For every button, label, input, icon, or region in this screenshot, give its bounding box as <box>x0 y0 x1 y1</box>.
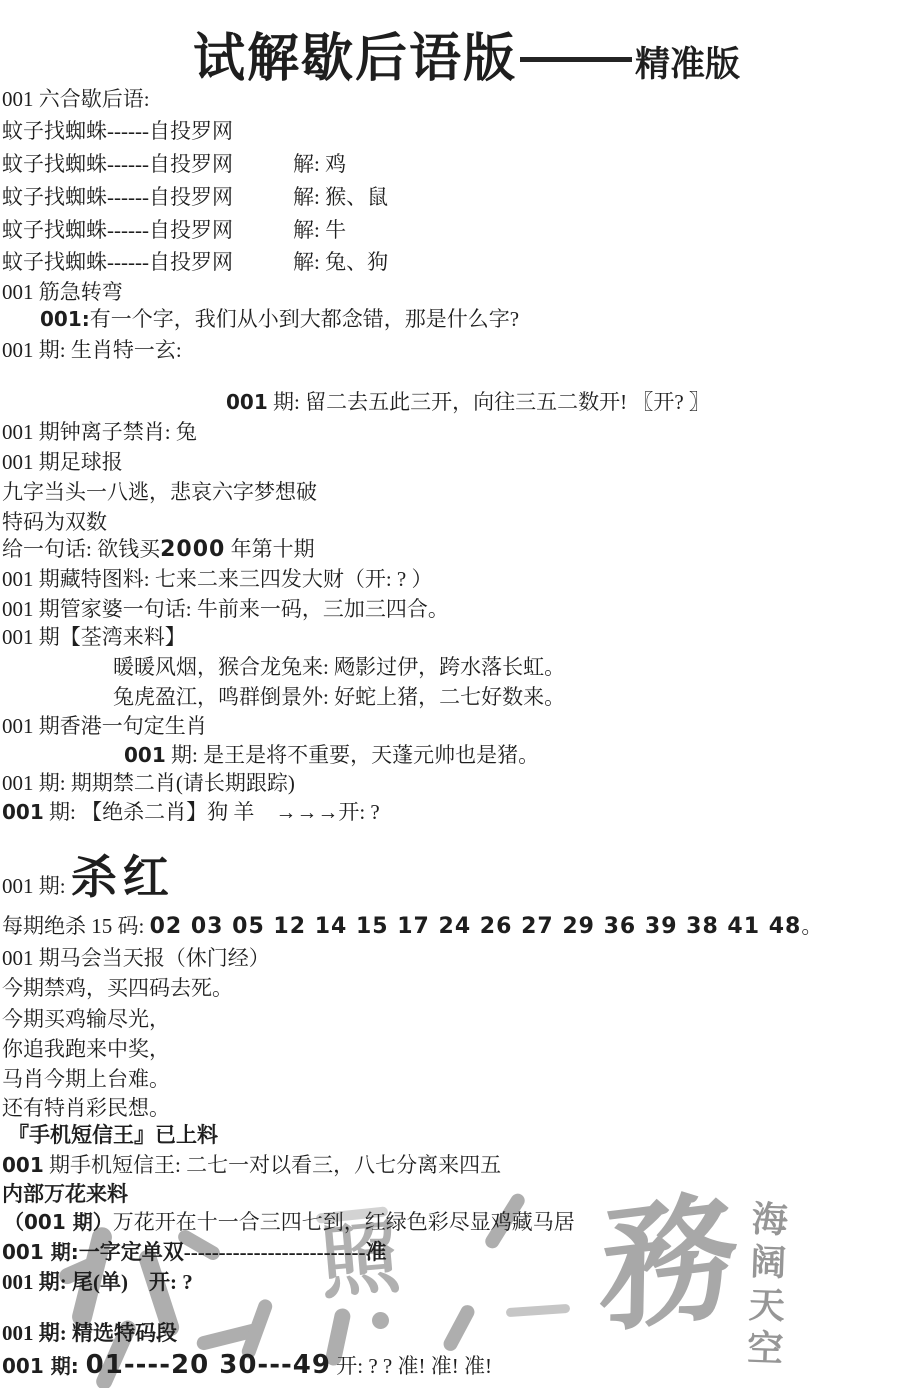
line-text: 你追我跑来中奖， <box>2 1037 170 1061</box>
text-line: 暖暖风烟，猴合龙兔来: 飏影过伊，跨水落长虹。 <box>113 654 565 680</box>
text-line: 还有特肖彩民想。 <box>2 1095 170 1121</box>
line-text: 兔虎盈江，鸣群倒景外: 好蛇上猪，二七好数来。 <box>113 685 565 709</box>
text-line: 『手机短信王』已上料 <box>8 1122 218 1148</box>
line-text: 001 期香港一句定生肖 <box>2 714 207 738</box>
text-line: 001 期: 精选特码段 <box>2 1320 177 1346</box>
line-text: 蚊子找蜘蛛------自投罗网 <box>2 218 233 242</box>
watermark-stroke <box>195 1322 260 1351</box>
line-prefix: 001: <box>40 307 90 331</box>
line-text: 001 期钟离子禁肖: 兔 <box>2 420 197 444</box>
page-title: 试解歇后语版精准版 <box>193 16 740 91</box>
solution-text: 解: 兔、狗 <box>293 249 388 275</box>
line-text: 期: 【绝杀二肖】狗 羊 →→→开: ? <box>44 800 380 824</box>
line-text: 万花开在十一合三四七到，红绿色彩尽显鸡藏马居 <box>113 1210 575 1234</box>
line-prefix: 001 <box>2 800 44 824</box>
line-text: 一字定单双--------------------------准 <box>79 1240 387 1264</box>
line-prefix: 001 期: <box>2 1354 86 1378</box>
page-title-main: 试解歇后语版 <box>193 31 517 88</box>
line-tail: 。 <box>801 914 822 938</box>
text-line: 特码为双数 <box>2 509 107 535</box>
line-tail: 开: ? ? 准! 准! 准! <box>331 1354 492 1378</box>
page-title-sub: 精准版 <box>635 45 740 84</box>
line-numbers: 2000 <box>160 537 225 562</box>
title-dash <box>520 57 632 62</box>
text-line: （001 期）万花开在十一合三四七到，红绿色彩尽显鸡藏马居 <box>4 1209 575 1235</box>
line-text: 期: 是王是将不重要，天蓬元帅也是猪。 <box>166 743 539 767</box>
line-text: 001 期: 尾(单) 开: ? <box>2 1270 193 1294</box>
watermark-stroke <box>506 1304 570 1317</box>
text-line: 001 期: 【绝杀二肖】狗 羊 →→→开: ? <box>2 799 380 825</box>
line-text: 期: 留二去五此三开，向往三五二数开! 〖开? 〗 <box>268 390 710 414</box>
text-line: 001 期手机短信王: 二七一对以看三，八七分离来四五 <box>2 1152 501 1178</box>
line-text: 有一个字，我们从小到大都念错，那是什么字? <box>90 307 519 331</box>
watermark-vertical-text: 海阔天空 <box>737 1199 794 1373</box>
line-text: 还有特肖彩民想。 <box>2 1096 170 1120</box>
line-text: 给一句话: 欲钱买 <box>2 537 160 561</box>
line-text: 001 期: <box>2 874 71 898</box>
line-tail: 年第十期 <box>225 537 314 561</box>
line-text: 001 期藏特图料: 七来二来三四发大财（开: ? ） <box>2 567 433 591</box>
text-line: 蚊子找蜘蛛------自投罗网解: 兔、狗 <box>2 249 233 275</box>
line-text: 001 期足球报 <box>2 450 123 474</box>
text-line: 001 期: 01----20 30---49 开: ? ? 准! 准! 准! <box>2 1349 492 1382</box>
text-line: 001 期: 生肖特一玄: <box>2 337 182 363</box>
line-text: 今期禁鸡，买四码去死。 <box>2 976 233 1000</box>
text-line: 蚊子找蜘蛛------自投罗网解: 猴、鼠 <box>2 184 233 210</box>
text-line: 蚊子找蜘蛛------自投罗网解: 牛 <box>2 217 233 243</box>
line-text: 001 期: 生肖特一玄: <box>2 338 182 362</box>
line-text: 九字当头一八逃，悲哀六字梦想破 <box>2 480 317 504</box>
line-text: 001 六合歇后语: <box>2 87 150 111</box>
text-line: 001 期: 留二去五此三开，向往三五二数开! 〖开? 〗 <box>226 389 710 415</box>
text-line: 马肖今期上台难。 <box>2 1066 170 1092</box>
text-line: 001 期【荃湾来料】 <box>2 624 186 650</box>
text-line: 001 期藏特图料: 七来二来三四发大财（开: ? ） <box>2 566 433 592</box>
line-text: 001 期马会当天报（休门经） <box>2 946 270 970</box>
line-text: 内部万花来料 <box>2 1182 128 1206</box>
line-text: 001 期: 期期禁二肖(请长期跟踪) <box>2 771 295 795</box>
text-line: 001 期: 期期禁二肖(请长期跟踪) <box>2 770 295 796</box>
watermark-stroke <box>441 1303 477 1354</box>
text-line: 001 期: 杀红 <box>2 855 175 901</box>
line-text: 蚊子找蜘蛛------自投罗网 <box>2 250 233 274</box>
line-prefix: 001 期: <box>2 1240 79 1264</box>
line-text: 『手机短信王』已上料 <box>8 1123 218 1147</box>
solution-text: 解: 鸡 <box>293 151 346 177</box>
solution-text: 解: 牛 <box>293 217 346 243</box>
text-line: 内部万花来料 <box>2 1181 128 1207</box>
text-line: 001 期:一字定单双--------------------------准 <box>2 1239 387 1265</box>
text-line: 你追我跑来中奖， <box>2 1036 170 1062</box>
kill-red-text: 杀红 <box>71 852 175 903</box>
line-text: 暖暖风烟，猴合龙兔来: 飏影过伊，跨水落长虹。 <box>113 655 565 679</box>
line-text: 蚊子找蜘蛛------自投罗网 <box>2 152 233 176</box>
line-text: 蚊子找蜘蛛------自投罗网 <box>2 119 233 143</box>
line-numbers: 02 03 05 12 14 15 17 24 26 27 29 36 39 3… <box>150 914 802 939</box>
text-line: 001 期足球报 <box>2 449 123 475</box>
line-text: 特码为双数 <box>2 510 107 534</box>
text-line: 001 六合歇后语: <box>2 86 150 112</box>
text-line: 001:有一个字，我们从小到大都念错，那是什么字? <box>40 306 519 332</box>
text-line: 给一句话: 欲钱买2000 年第十期 <box>2 536 315 564</box>
watermark-stroke <box>372 1312 389 1329</box>
text-line: 001 筋急转弯 <box>2 279 123 305</box>
line-text: 001 期: 精选特码段 <box>2 1321 177 1345</box>
text-line: 今期禁鸡，买四码去死。 <box>2 975 233 1001</box>
text-line: 蚊子找蜘蛛------自投罗网解: 鸡 <box>2 151 233 177</box>
line-text: 001 期管家婆一句话: 牛前来一码，三加三四合。 <box>2 597 449 621</box>
text-line: 每期绝杀 15 码: 02 03 05 12 14 15 17 24 26 27… <box>2 913 822 941</box>
solution-text: 解: 猴、鼠 <box>293 184 388 210</box>
line-text: 马肖今期上台难。 <box>2 1067 170 1091</box>
line-text: 蚊子找蜘蛛------自投罗网 <box>2 185 233 209</box>
line-prefix: 001 <box>226 390 268 414</box>
scanned-lottery-tip-sheet: { "title": { "main": "试解歇后语版", "sub": "精… <box>0 0 920 1388</box>
line-text: 001 期【荃湾来料】 <box>2 625 186 649</box>
line-numbers: 01----20 30---49 <box>86 1350 331 1380</box>
text-line: 001 期香港一句定生肖 <box>2 713 207 739</box>
line-text: 今期买鸡输尽光， <box>2 1007 170 1031</box>
text-line: 今期买鸡输尽光， <box>2 1006 170 1032</box>
text-line: 蚊子找蜘蛛------自投罗网 <box>2 118 233 144</box>
text-line: 九字当头一八逃，悲哀六字梦想破 <box>2 479 317 505</box>
line-prefix: （001 期） <box>4 1210 113 1234</box>
text-line: 001 期: 是王是将不重要，天蓬元帅也是猪。 <box>124 742 539 768</box>
text-line: 001 期钟离子禁肖: 兔 <box>2 419 197 445</box>
text-line: 001 期: 尾(单) 开: ? <box>2 1269 193 1295</box>
line-text: 每期绝杀 15 码: <box>2 914 150 938</box>
line-text: 001 筋急转弯 <box>2 280 123 304</box>
watermark-glyph: 務 <box>599 1187 738 1343</box>
line-prefix: 001 <box>2 1153 44 1177</box>
line-text: 期手机短信王: 二七一对以看三，八七分离来四五 <box>44 1153 501 1177</box>
line-prefix: 001 <box>124 743 166 767</box>
text-line: 兔虎盈江，鸣群倒景外: 好蛇上猪，二七好数来。 <box>113 684 565 710</box>
text-line: 001 期管家婆一句话: 牛前来一码，三加三四合。 <box>2 596 449 622</box>
text-line: 001 期马会当天报（休门经） <box>2 945 270 971</box>
